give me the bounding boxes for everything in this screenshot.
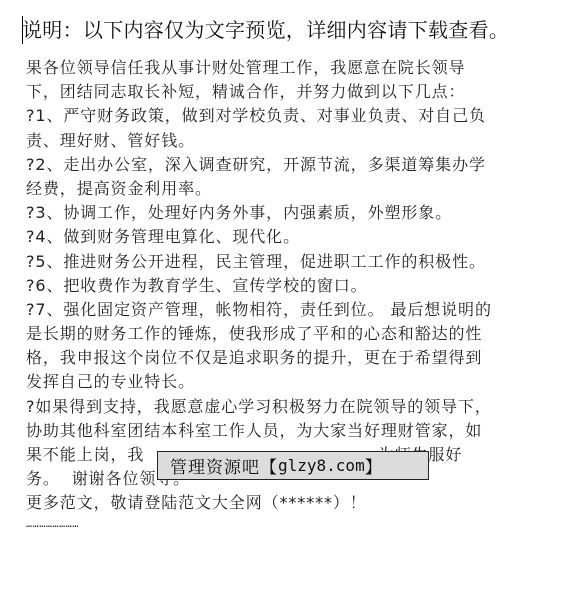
body-line: ?2、走出办公室，深入调查研究，开源节流，多渠道筹集办学	[26, 153, 554, 177]
body-line: ?3、协调工作，处理好内务外事，内强素质，外塑形象。	[26, 201, 554, 225]
watermark-banner[interactable]: 管理资源吧 【 glzy8.com 】	[157, 451, 429, 480]
watermark-label: 管理资源吧	[170, 453, 260, 478]
body-line: ?5、推进财务公开进程，民主管理，促进职工工作的积极性。	[26, 250, 554, 274]
body-line: 下，团结同志取长补短，精诚合作，并努力做到以下几点：	[26, 80, 554, 104]
body-line: 果各位领导信任我从事计财处管理工作，我愿意在院长领导	[26, 56, 554, 80]
watermark-domain: glzy8.com	[278, 456, 365, 475]
body-line: ?如果得到支持，我愿意虚心学习积极努力在院领导的领导下，	[26, 395, 554, 419]
body-line: ?4、做到财务管理电算化、现代化。	[26, 225, 554, 249]
body-line: 发挥自己的专业特长。	[26, 370, 554, 394]
body-line: ?6、把收费作为教育学生、宣传学校的窗口。	[26, 274, 554, 298]
watermark-bracket-close: 】	[365, 453, 383, 478]
body-line: ?1、严守财务政策，做到对学校负责、对事业负责、对自己负	[26, 104, 554, 128]
preview-notice: 说明：以下内容仅为文字预览，详细内容请下载查看。	[22, 16, 509, 44]
body-line: 更多范文，敬请登陆范文大全网（******）！	[26, 491, 554, 515]
body-line: 协助其他科室团结本科室工作人员，为大家当好理财管家，如	[26, 419, 554, 443]
trailing-dots: ……………………	[26, 516, 554, 536]
body-line: 是长期的财务工作的锤炼，使我形成了平和的心态和豁达的性	[26, 322, 554, 346]
body-line: 责、理好财、管好钱。	[26, 129, 554, 153]
body-line: 经费，提高资金利用率。	[26, 177, 554, 201]
watermark-bracket-open: 【	[260, 453, 278, 478]
body-line: 格，我申报这个岗位不仅是追求职务的提升，更在于希望得到	[26, 346, 554, 370]
body-line: ?7、强化固定资产管理，帐物相符，责任到位。 最后想说明的	[26, 298, 554, 322]
